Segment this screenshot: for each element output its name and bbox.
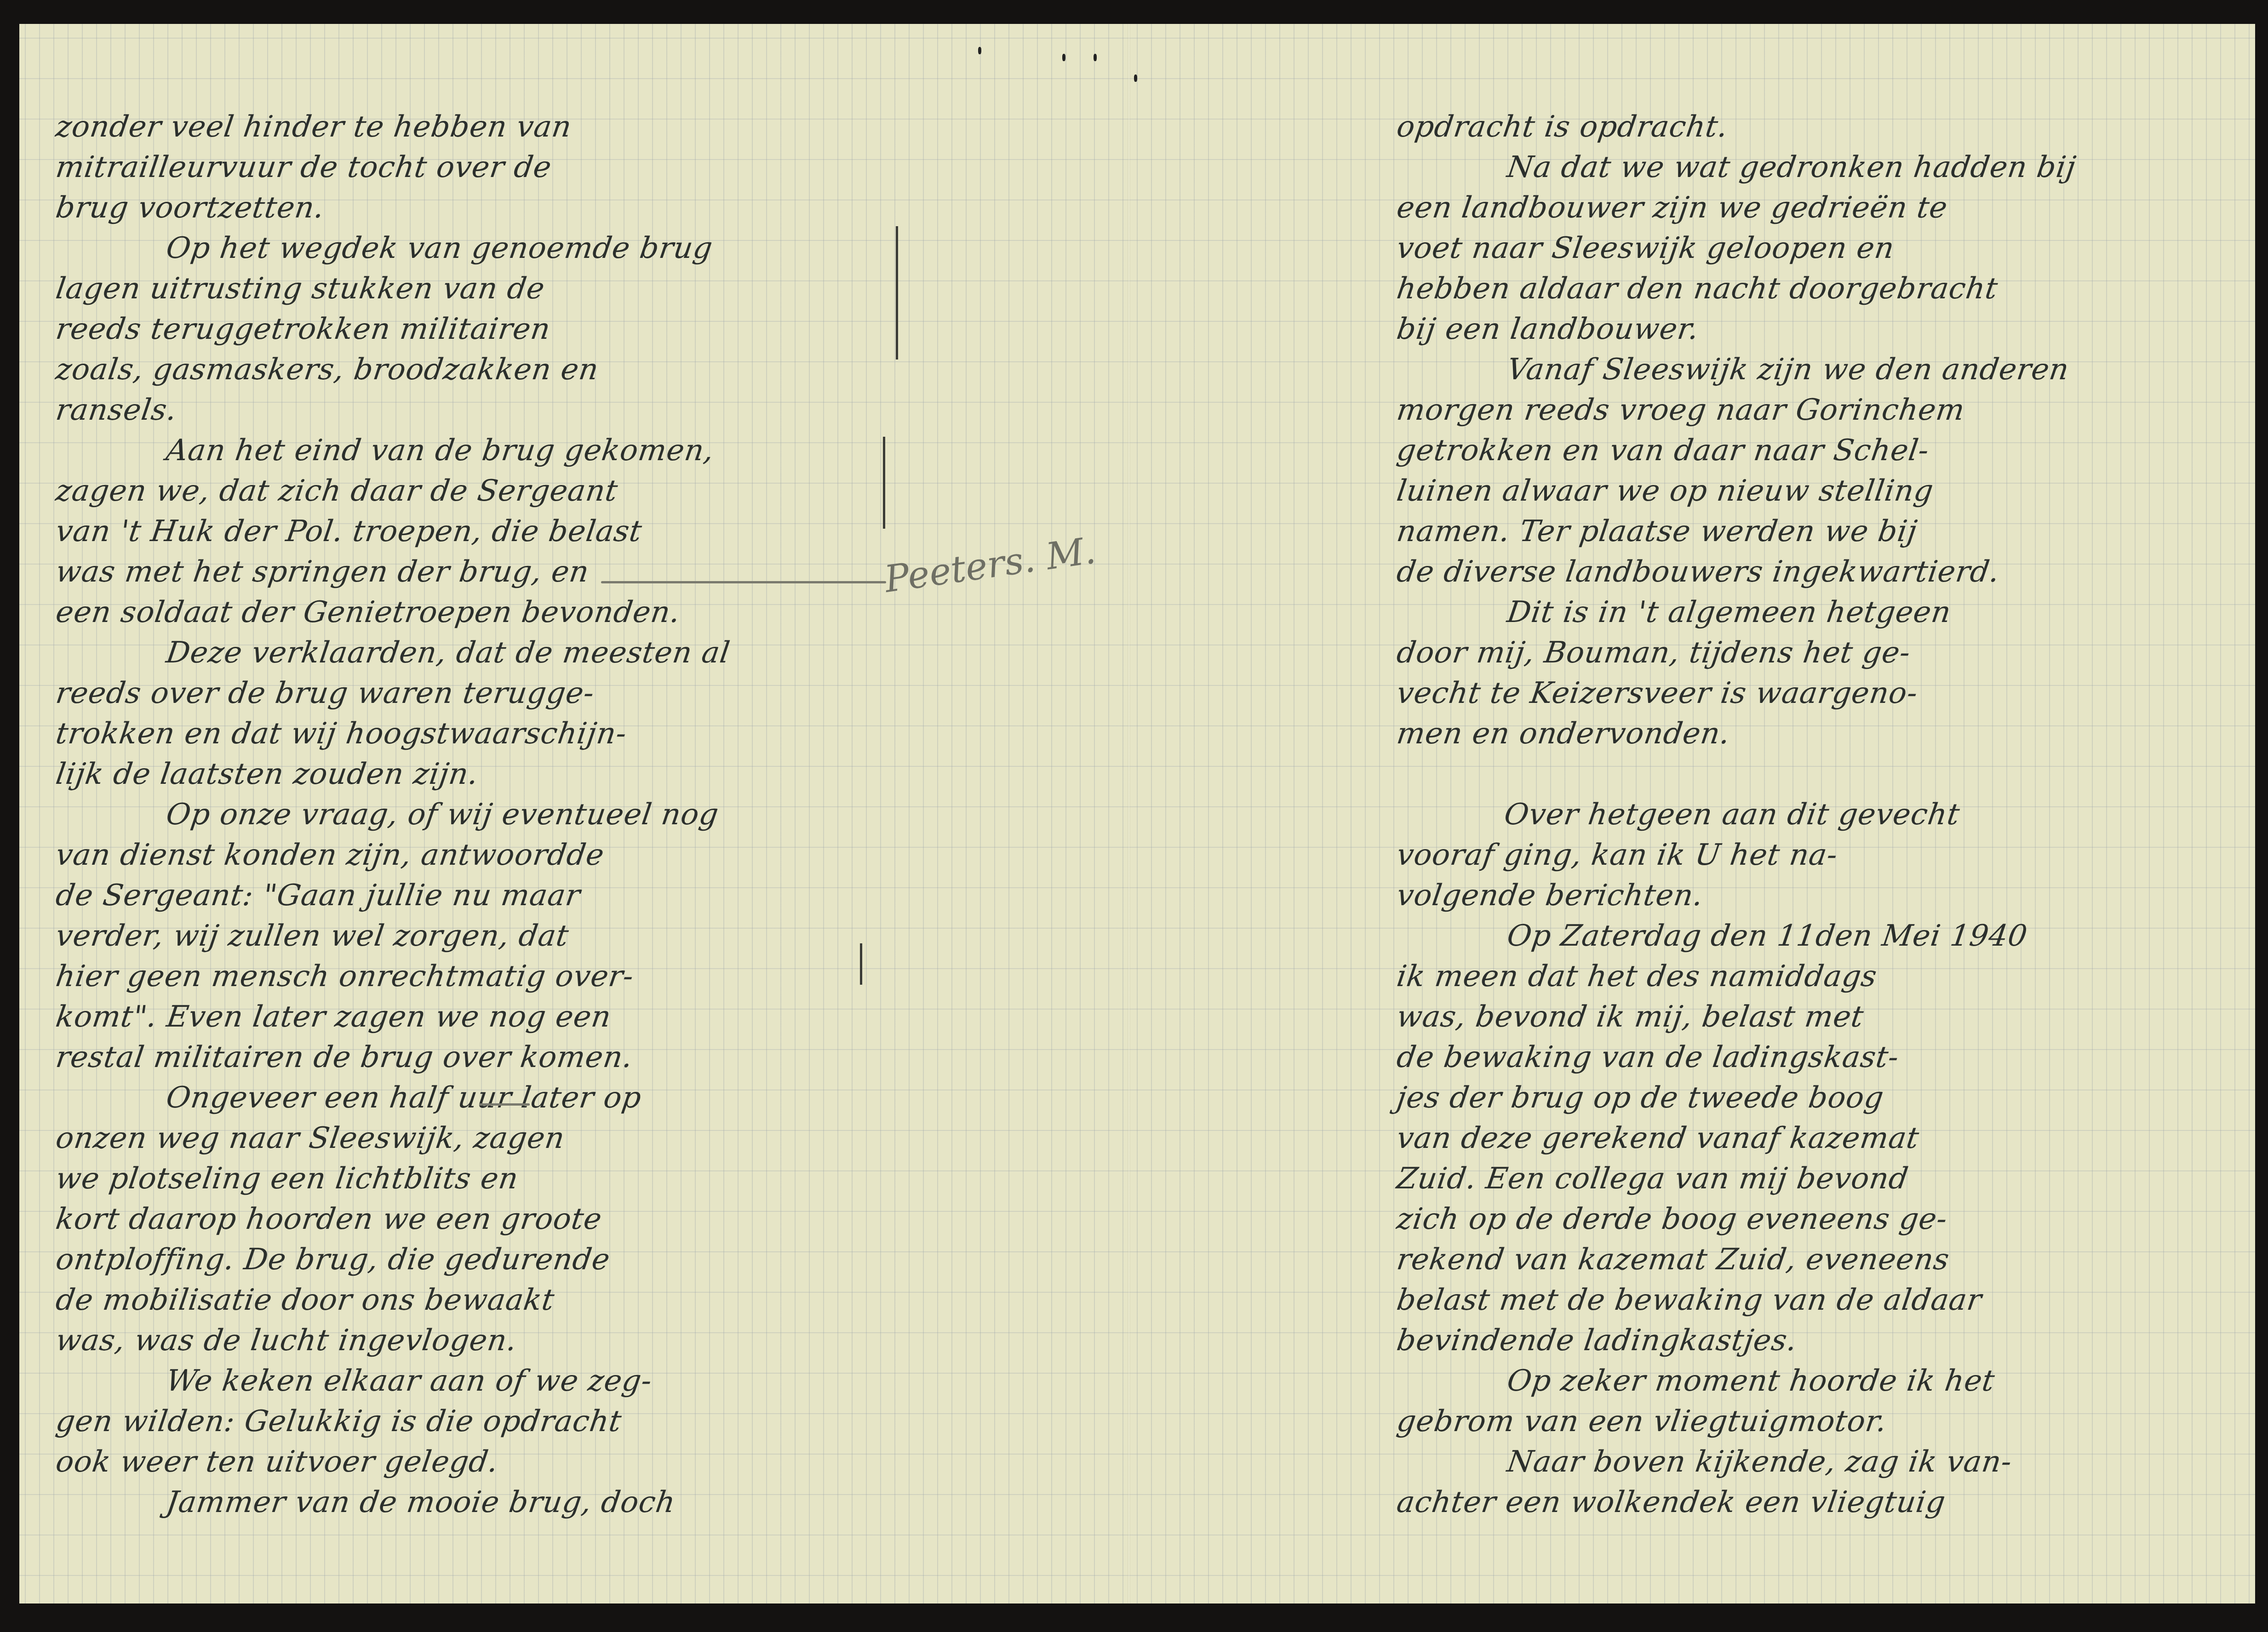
handwritten-line: van deze gerekend vanaf kazemat — [1394, 1118, 2228, 1158]
handwritten-line: Op Zaterdag den 11den Mei 1940 — [1394, 916, 2228, 956]
handwritten-line: we plotseling een lichtblits en — [53, 1158, 896, 1199]
handwritten-line: Deze verklaarden, dat de meesten al — [53, 633, 896, 673]
margin-bar — [860, 943, 862, 985]
handwritten-line: Dit is in 't algemeen hetgeen — [1394, 592, 2228, 633]
handwritten-line: kort daarop hoorden we een groote — [53, 1199, 896, 1239]
margin-bar — [883, 437, 885, 529]
handwritten-line: onzen weg naar Sleeswijk, zagen — [53, 1118, 896, 1158]
handwritten-line: de mobilisatie door ons bewaakt — [53, 1280, 896, 1320]
handwritten-line: trokken en dat wij hoogstwaarschijn- — [53, 713, 896, 754]
handwritten-line: ook weer ten uitvoer gelegd. — [53, 1442, 896, 1482]
handwritten-line: Op zeker moment hoorde ik het — [1394, 1361, 2228, 1401]
handwritten-line: belast met de bewaking van de aldaar — [1394, 1280, 2228, 1320]
handwritten-line: Zuid. Een collega van mij bevond — [1394, 1158, 2228, 1199]
handwritten-line: luinen alwaar we op nieuw stelling — [1394, 471, 2228, 511]
right-page: opdracht is opdracht.Na dat we wat gedro… — [1130, 24, 2255, 1603]
handwritten-line: door mij, Bouman, tijdens het ge- — [1394, 633, 2228, 673]
handwritten-line: morgen reeds vroeg naar Gorinchem — [1394, 390, 2228, 430]
handwritten-line: verder, wij zullen wel zorgen, dat — [53, 916, 896, 956]
pencil-underline-half-uur — [479, 1103, 530, 1106]
margin-annotation: Peeters. M. — [882, 529, 1098, 600]
margin-bar — [896, 226, 898, 359]
handwritten-line: vooraf ging, kan ik U het na- — [1394, 835, 2228, 875]
handwritten-line: mitrailleurvuur de tocht over de — [53, 147, 896, 188]
handwritten-line: zonder veel hinder te hebben van — [53, 107, 896, 147]
right-page-text: opdracht is opdracht.Na dat we wat gedro… — [1397, 107, 2225, 1523]
handwritten-line: men en ondervonden. — [1394, 713, 2228, 754]
handwritten-line: was, was de lucht ingevlogen. — [53, 1320, 896, 1361]
handwritten-line: Naar boven kijkende, zag ik van- — [1394, 1442, 2228, 1482]
handwritten-line: reeds teruggetrokken militairen — [53, 309, 896, 349]
handwritten-line: zagen we, dat zich daar de Sergeant — [53, 471, 896, 511]
handwritten-line: hebben aldaar den nacht doorgebracht — [1394, 268, 2228, 309]
handwritten-line: de bewaking van de ladingskast- — [1394, 1037, 2228, 1078]
handwritten-line: een landbouwer zijn we gedrieën te — [1394, 188, 2228, 228]
handwritten-line: restal militairen de brug over komen. — [53, 1037, 896, 1078]
left-page: zonder veel hinder te hebben vanmitraill… — [19, 24, 1128, 1603]
handwritten-line: zoals, gasmaskers, broodzakken en — [53, 349, 896, 390]
handwritten-line: achter een wolkendek een vliegtuig — [1394, 1482, 2228, 1523]
handwritten-line: rekend van kazemat Zuid, eveneens — [1394, 1239, 2228, 1280]
handwritten-line: Aan het eind van de brug gekomen, — [53, 430, 896, 471]
pencil-underline — [601, 581, 886, 583]
handwritten-line: Na dat we wat gedronken hadden bij — [1394, 147, 2228, 188]
handwritten-line: een soldaat der Genietroepen bevonden. — [53, 592, 896, 633]
handwritten-line: Over hetgeen aan dit gevecht — [1392, 754, 2231, 835]
handwritten-line: volgende berichten. — [1394, 875, 2228, 916]
handwritten-line: getrokken en van daar naar Schel- — [1394, 430, 2228, 471]
handwritten-line: gen wilden: Gelukkig is die opdracht — [53, 1401, 896, 1442]
handwritten-line: voet naar Sleeswijk geloopen en — [1394, 228, 2228, 268]
handwritten-line: van dienst konden zijn, antwoordde — [53, 835, 896, 875]
handwritten-line: ik meen dat het des namiddags — [1394, 956, 2228, 997]
handwritten-line: brug voortzetten. — [53, 188, 896, 228]
handwritten-line: reeds over de brug waren terugge- — [53, 673, 896, 713]
handwritten-line: Jammer van de mooie brug, doch — [53, 1482, 896, 1523]
handwritten-line: We keken elkaar aan of we zeg- — [53, 1361, 896, 1401]
handwritten-line: hier geen mensch onrechtmatig over- — [53, 956, 896, 997]
handwritten-line: zich op de derde boog eveneens ge- — [1394, 1199, 2228, 1239]
handwritten-line: de Sergeant: "Gaan jullie nu maar — [53, 875, 896, 916]
handwritten-line: lagen uitrusting stukken van de — [53, 268, 896, 309]
handwritten-line: Ongeveer een half uur later op — [53, 1078, 896, 1118]
handwritten-line: lijk de laatsten zouden zijn. — [53, 754, 896, 794]
handwritten-line: Op onze vraag, of wij eventueel nog — [53, 794, 896, 835]
handwritten-line: bevindende ladingkastjes. — [1394, 1320, 2228, 1361]
handwritten-line: Op het wegdek van genoemde brug — [53, 228, 896, 268]
handwritten-line: ontploffing. De brug, die gedurende — [53, 1239, 896, 1280]
handwritten-line: jes der brug op de tweede boog — [1394, 1078, 2228, 1118]
handwritten-line: Vanaf Sleeswijk zijn we den anderen — [1394, 349, 2228, 390]
handwritten-line: komt". Even later zagen we nog een — [53, 997, 896, 1037]
handwritten-line: bij een landbouwer. — [1394, 309, 2228, 349]
handwritten-line: vecht te Keizersveer is waargeno- — [1394, 673, 2228, 713]
handwritten-line: was met het springen der brug, en — [53, 552, 896, 592]
left-page-text: zonder veel hinder te hebben vanmitraill… — [56, 107, 893, 1523]
handwritten-line: namen. Ter plaatse werden we bij — [1394, 511, 2228, 552]
handwritten-line: gebrom van een vliegtuigmotor. — [1394, 1401, 2228, 1442]
handwritten-line: ransels. — [53, 390, 896, 430]
handwritten-line: opdracht is opdracht. — [1394, 107, 2228, 147]
handwritten-line: was, bevond ik mij, belast met — [1394, 997, 2228, 1037]
handwritten-line: de diverse landbouwers ingekwartierd. — [1394, 552, 2228, 592]
handwritten-line: van 't Huk der Pol. troepen, die belast — [53, 511, 896, 552]
document-scan: zonder veel hinder te hebben vanmitraill… — [19, 24, 2255, 1603]
